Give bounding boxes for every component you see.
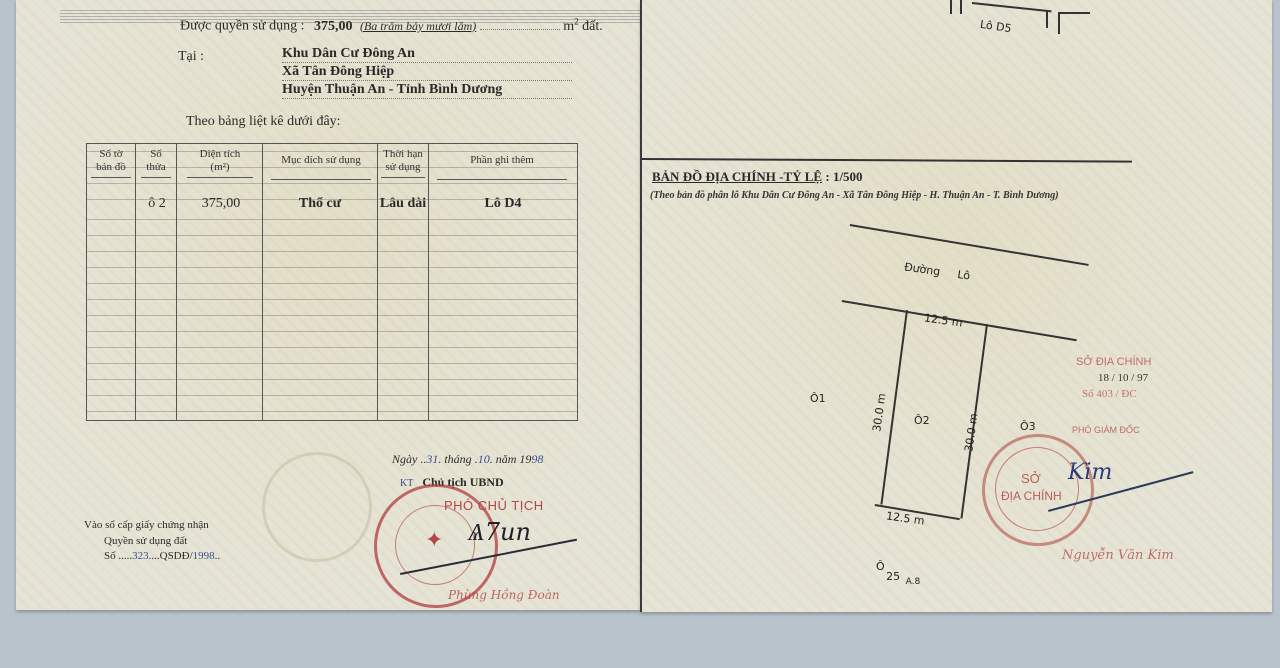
location-line-1: Khu Dân Cư Đông An	[282, 46, 572, 63]
plot-o3: Ô3	[1020, 420, 1036, 433]
unit: m2 đất.	[563, 19, 603, 34]
location-label: Tại :	[178, 49, 204, 65]
department-number: Số 403 / ĐC	[1082, 388, 1137, 400]
issue-date: Ngày ..31. tháng .10. năm 1998	[392, 452, 543, 467]
deputy-director-title: PHÓ GIÁM ĐỐC	[1072, 425, 1140, 435]
vice-chairman-stamp: PHÓ CHỦ TỊCH	[444, 498, 544, 513]
cell-term: Lâu dài	[378, 196, 428, 212]
header-purpose: Mục đích sử dụng	[271, 154, 371, 180]
header-term: Thời hạn sử dụng	[381, 148, 425, 178]
header-parcel: Số thửa	[141, 148, 171, 178]
director-signature: Ƙim	[1068, 460, 1112, 485]
chairman-signature: Ѧ7un	[468, 518, 531, 547]
department-date: 18 / 10 / 97	[1098, 372, 1148, 384]
chairman-name: Phùng Hồng Đoàn	[448, 588, 560, 602]
location-line-3: Huyện Thuận An - Tỉnh Bình Dương	[282, 82, 572, 99]
area-label: Được quyền sử dụng :	[180, 19, 304, 34]
header-map-sheet: Số tờ bản đồ	[91, 148, 131, 178]
plot-o1: Ô1	[810, 392, 826, 405]
cell-notes: Lô D4	[429, 196, 577, 212]
map-subtitle: (Theo bản đồ phân lô Khu Dân Cư Đông An …	[650, 190, 1059, 201]
cell-purpose: Thổ cư	[263, 196, 377, 212]
cell-area: 375,00	[181, 196, 261, 212]
map-title: BẢN ĐỒ ĐỊA CHÍNH -TỶ LỆ : 1/500	[652, 169, 863, 185]
department-header: SỞ ĐỊA CHÍNH	[1076, 356, 1151, 368]
table-intro: Theo bảng liệt kê dưới đây:	[186, 114, 341, 130]
star-icon: ✦	[425, 527, 443, 553]
area-line: Được quyền sử dụng : 375,00 (Ba trăm bảy…	[180, 16, 603, 35]
registration-number: Số .....323....QSDĐ/1998..	[104, 550, 220, 562]
director-name: Nguyễn Văn Kim	[1062, 548, 1174, 563]
land-department-stamp: SỞ ĐỊA CHÍNH	[982, 434, 1094, 546]
plot-o2: Ô2	[914, 414, 930, 427]
plot-o25: Ô 25 A.8	[876, 560, 920, 573]
area-value: 375,00	[314, 19, 353, 34]
cell-parcel: ô 2	[139, 196, 175, 212]
header-area: Diện tích (m²)	[187, 148, 253, 178]
location-line-2: Xã Tân Đông Hiệp	[282, 64, 572, 81]
cadastral-map-page	[640, 0, 1272, 612]
header-notes: Phần ghi thêm	[437, 154, 567, 180]
land-parcel-table: Số tờ bản đồ Số thửa Diện tích (m²) Mục …	[86, 143, 578, 421]
area-value-words: (Ba trăm bảy mươi lăm)	[360, 19, 476, 33]
registration-line-2: Quyền sử dụng đất	[104, 535, 187, 547]
registration-line-1: Vào sổ cấp giấy chứng nhận	[84, 519, 209, 531]
embossed-seal	[262, 452, 372, 562]
